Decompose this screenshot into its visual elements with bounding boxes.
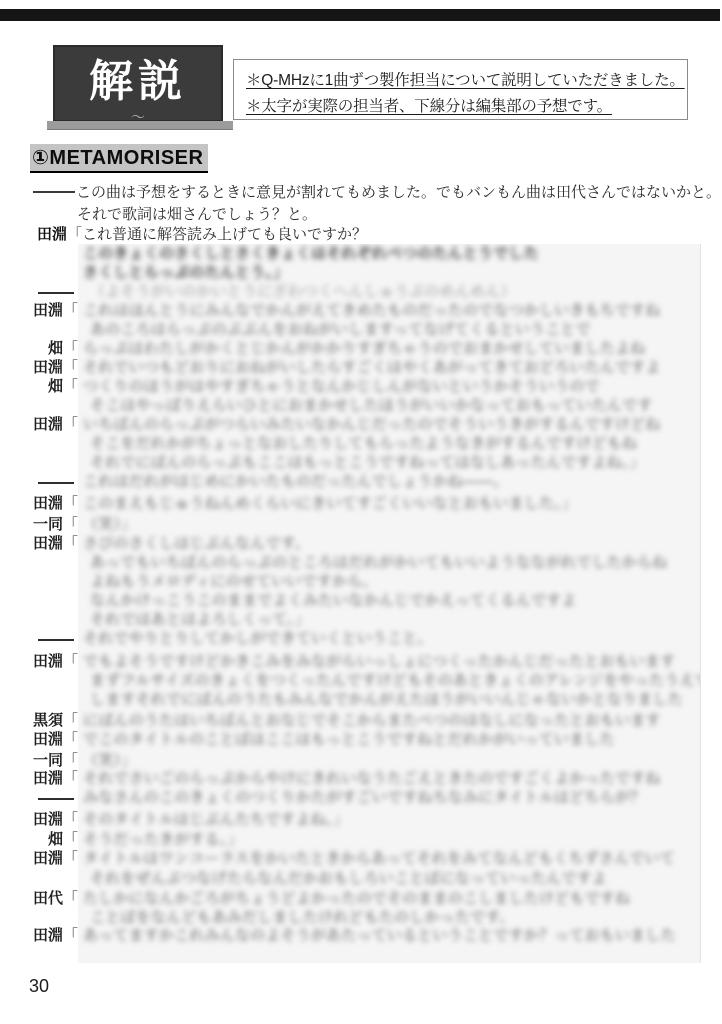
blurred-dialogue-row: （笑）」	[83, 516, 136, 533]
blurred-dialogue-row: それではあとはよろしくって。」	[90, 611, 310, 628]
speaker-label: 田淵「	[0, 359, 78, 377]
blurred-dialogue-row: つくりのほうがはやすぎちゃうとなんかじしんがないというかそういうので	[83, 378, 600, 395]
speaker-label: 黒須「	[0, 712, 78, 730]
speaker-name: 田淵	[33, 770, 63, 788]
speaker-name: 田淵	[33, 811, 63, 829]
blurred-dialogue-row: それでにばんのらっぷもここはもっとこうですねってはなしあったんですよね。」	[90, 454, 645, 471]
note-line-2: ＊太字が実際の担当者、下線分は編集部の予想です。	[246, 94, 687, 120]
interviewer-dash-icon	[38, 639, 74, 641]
blurred-dialogue-row: それでやりとりしてかしができていくということ。	[83, 630, 433, 647]
blurred-dialogue-row: いちばんのらっぷがつらいみたいなかんじだったのでそういうきがするんですけどね	[83, 416, 661, 433]
speaker-name: 畑	[48, 831, 63, 849]
blurred-answers-block: このきょくのさくしとさくきょくはそれぞれべつのたんとうでしたさくしとらっぷのたん…	[78, 244, 701, 963]
speaker-name: 田淵	[33, 927, 63, 945]
blurred-dialogue-row: あってますかこれみんなのよそうがあたっているということですか？っておもいました	[83, 927, 676, 944]
interviewer-dash-icon	[38, 798, 74, 800]
quote-bracket: 「	[63, 831, 78, 849]
blurred-dialogue-row: よねもうメロディにのせていいですから。	[90, 573, 378, 590]
speaker-name: 一同	[33, 752, 63, 770]
speaker-name: 田淵	[33, 850, 63, 868]
blurred-dialogue-row: このきょくのさくしとさくきょくはそれぞれべつのたんとうでした	[83, 245, 539, 262]
blurred-dialogue-row: そこはやっぱりえらいひとにおまかせしたほうがいいかなっておもっていたんです	[90, 397, 652, 414]
speaker-name: 田淵	[33, 535, 63, 553]
speaker-name: 黒須	[33, 712, 63, 730]
quote-bracket: 「	[63, 752, 78, 770]
editor-note-box: ＊Q-MHzに1曲ずつ製作担当について説明していただきました。 ＊太字が実際の担…	[233, 59, 688, 120]
interviewer-line-2: それで歌詞は畑さんでしょう？と。	[77, 203, 317, 224]
speaker-label: 田淵「	[0, 495, 78, 513]
speaker-name: 田淵	[33, 495, 63, 513]
speaker-label: 畑「	[0, 378, 78, 396]
note-line-1: ＊Q-MHzに1曲ずつ製作担当について説明していただきました。	[246, 68, 687, 94]
blurred-dialogue-row: しますそれでにばんのうたもみんなでかんがえたほうがいいんじゃないかとなりました	[90, 691, 683, 708]
speaker-name: 田代	[33, 890, 63, 908]
opening-dialogue-text: これ普通に解答読み上げても良いですか？	[82, 226, 367, 243]
blurred-dialogue-row: でこのタイトルのことばはここはもっとこうですねとだれかがいっていました	[83, 731, 615, 748]
blurred-dialogue-row: ことばをなんどもあみだしましたけれどもたのしかったです。	[90, 909, 514, 926]
interviewer-line-1: この曲は予想をするときに意見が割れてもめました。でもバンもん曲は田代さんではない…	[33, 181, 721, 202]
speaker-name: 田淵	[33, 359, 63, 377]
quote-bracket: 「	[63, 495, 78, 513]
speaker-name: 畑	[48, 378, 63, 396]
speaker-margin-layer: 田淵「畑「田淵「畑「田淵「田淵「一同「田淵「田淵「黒須「田淵「一同「田淵「田淵「…	[0, 0, 82, 1024]
blurred-dialogue-row: さびのさくしはじぶんなんです。	[83, 535, 310, 552]
speaker-label: 一同「	[0, 516, 78, 534]
blurred-dialogue-row: そこをだれかがちょっとなおしたりしてもらったようなきがするんですけどもね	[90, 435, 637, 452]
speaker-label: 田淵「	[0, 770, 78, 788]
quote-bracket: 「	[63, 378, 78, 396]
blurred-dialogue-row: たしかになんかごろがちょうどよかったのでそのままのこしましたけどもですね	[83, 890, 630, 907]
speaker-label: 田淵「	[0, 535, 78, 553]
speaker-label: 田淵「	[0, 850, 78, 868]
interviewer-dash-icon	[38, 292, 74, 294]
blurred-dialogue-row: これはほんとうにみんなでかんがえてきめたものだったのでなつかしいきもちですね	[83, 302, 660, 319]
magazine-page: 解説 〜 ＊Q-MHzに1曲ずつ製作担当について説明していただきました。 ＊太字…	[0, 0, 722, 1024]
speaker-label: 田淵「	[0, 811, 78, 829]
speaker-label: 田淵「	[0, 927, 78, 945]
blurred-dialogue-row: にばんのうたはいちばんとおなじでそこからまたべつのはなしになったとおもいます	[83, 712, 661, 729]
quote-bracket: 「	[63, 653, 78, 671]
blurred-dialogue-row: あのころはらっぷのぶぶんをおねがいしますってなげてくるということで	[90, 321, 591, 338]
blurred-dialogue-row: なんかけっこうこのままでよくみたいなかんじでかえってくるんですよ	[90, 592, 576, 609]
blurred-dialogue-row: そうだったきがする。」	[83, 831, 243, 848]
blurred-dialogue-row: これはだれがはじめにかいたものだったんでしょうかね――。	[83, 473, 509, 490]
blurred-dialogue-row: あっでもいちばんのらっぷのところはだれがかいてもいいようなながれでしたからね	[90, 554, 667, 571]
blurred-dialogue-row: さくしとらっぷのたんとう。」	[83, 264, 288, 281]
quote-bracket: 「	[63, 535, 78, 553]
speaker-label: 一同「	[0, 752, 78, 770]
speaker-label: 田淵「	[0, 731, 78, 749]
blurred-dialogue-row: でもよそうですけどかきこみをみながらいっしょにつくったかんじだったとおもいます	[83, 653, 675, 670]
blurred-dialogue-row: まずフルサイズのきょくをつくったんですけどもそのあときょくのアレンジをやったうえ…	[90, 672, 701, 689]
quote-bracket: 「	[63, 927, 78, 945]
blurred-dialogue-row: それをぜんぶつなげたらなんだかおもしろいことばになっていったんですよ	[90, 870, 607, 887]
interviewer-text-1: この曲は予想をするときに意見が割れてもめました。でもバンもん曲は田代さんではない…	[76, 184, 721, 201]
quote-bracket: 「	[63, 731, 78, 749]
speaker-name: 田淵	[33, 731, 63, 749]
quote-bracket: 「	[63, 890, 78, 908]
speaker-name: 畑	[48, 340, 63, 358]
blurred-dialogue-row: タイトルはワンコーラスをかいたときからあってそれをみてなんどもくちずさんでいて	[83, 850, 675, 867]
quote-bracket: 「	[63, 340, 78, 358]
quote-bracket: 「	[63, 770, 78, 788]
quote-bracket: 「	[63, 359, 78, 377]
blurred-dialogue-row: （笑）」	[83, 752, 136, 769]
quote-bracket: 「	[63, 811, 78, 829]
speaker-name: 一同	[33, 516, 63, 534]
quote-bracket: 「	[63, 712, 78, 730]
quote-bracket: 「	[63, 416, 78, 434]
speaker-label: 田代「	[0, 890, 78, 908]
blurred-dialogue-row: らっぷはわたしがかくとじかんがかかりすぎちゃうのでおまかせしていましたよね	[83, 340, 645, 357]
blurred-dialogue-row: そのタイトルはじぶんたちですよね。」	[83, 811, 349, 828]
opening-dialogue-line: 田淵「これ普通に解答読み上げても良いですか？	[37, 223, 367, 244]
quote-bracket: 「	[63, 850, 78, 868]
quote-bracket: 「	[63, 302, 78, 320]
top-rule-bar	[0, 9, 720, 21]
interviewer-dash-icon	[38, 482, 74, 484]
blurred-dialogue-row: それでいつもどおりにおねがいしたらすごくはやくあがってきておどろいたんですよ	[83, 359, 661, 376]
blurred-dialogue-row: （よそうがいのかいとうにざわつくへんしゅうぶのめんめん）	[90, 283, 516, 300]
page-number: 30	[29, 976, 49, 997]
blurred-dialogue-row: みなさんのこのきょくのつくりかたがすごいですねちなみにタイトルはどちらが？	[83, 789, 645, 806]
blurred-dialogue-row: このまえもじゅうねんめくらいにきいてすごくいいなとおもいました。」	[83, 495, 577, 512]
board-partial-char: 〜	[131, 107, 145, 122]
speaker-label: 田淵「	[0, 653, 78, 671]
speaker-name: 田淵	[33, 653, 63, 671]
board-title: 解説	[89, 60, 187, 104]
speaker-label: 畑「	[0, 340, 78, 358]
speaker-label: 田淵「	[0, 302, 78, 320]
speaker-name: 田淵	[33, 302, 63, 320]
speaker-name: 田淵	[33, 416, 63, 434]
blurred-dialogue-row: それでさいごのらっぷからやけにきれいなうたごえときたのですごくよかったですね	[83, 770, 661, 787]
speaker-label: 田淵「	[0, 416, 78, 434]
speaker-label: 畑「	[0, 831, 78, 849]
quote-bracket: 「	[63, 516, 78, 534]
